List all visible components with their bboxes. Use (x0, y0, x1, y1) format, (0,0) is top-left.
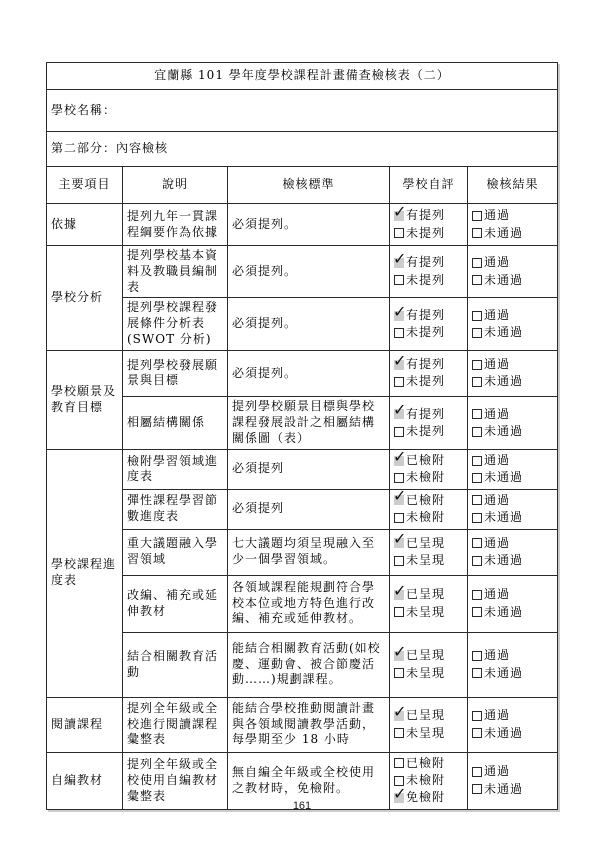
result-cell-label: 未通過 (484, 781, 523, 798)
checkbox-unchecked-icon (394, 473, 404, 483)
result-cell-option: 未通過 (472, 509, 553, 526)
result-cell-option: 通過 (472, 707, 553, 724)
self-eval-cell-label: 有提列 (406, 406, 445, 423)
self-eval-cell-option: 已呈現 (394, 707, 463, 724)
table-row: 改編、補充或延伸教材各領域課程能規劃符合學校本位或地方特色進行改編、補充或延伸教… (47, 575, 558, 632)
result-cell-label: 通過 (484, 763, 510, 780)
self-eval-cell-label: 未檢附 (406, 509, 445, 526)
checkbox-unchecked-icon (394, 377, 404, 387)
self-eval-cell-option: 已檢附 (394, 755, 463, 772)
result-cell-label: 通過 (484, 452, 510, 469)
table-row: 學校課程進度表檢附學習領域進度表必須提列已檢附未檢附通過未通過 (47, 449, 558, 489)
title-row: 宜蘭縣 101 學年度學校課程計畫備查檢核表（二） (47, 63, 558, 90)
standard-cell: 必須提列 (228, 449, 390, 489)
self-eval-cell-label: 未提列 (406, 423, 445, 440)
self-eval-cell-label: 已檢附 (406, 452, 445, 469)
result-cell-option: 未通過 (472, 272, 553, 289)
table-row: 學校分析提列學校基本資料及教職員編制表必須提列。有提列未提列通過未通過 (47, 246, 558, 298)
self-eval-cell-label: 未呈現 (406, 604, 445, 621)
checkbox-unchecked-icon (394, 607, 404, 617)
description-cell: 相屬結構關係 (123, 396, 228, 449)
result-cell-option: 通過 (472, 207, 553, 224)
result-cell-label: 未通過 (484, 272, 523, 289)
section-label: 第二部分：內容檢核 (47, 132, 558, 167)
result-cell-label: 通過 (484, 586, 510, 603)
checkbox-unchecked-icon (394, 728, 404, 738)
category-cell: 學校分析 (47, 246, 123, 351)
self-eval-cell-option: 未提列 (394, 373, 463, 390)
result-cell: 通過未通過 (468, 575, 558, 632)
description-cell: 彈性課程學習節數進度表 (123, 489, 228, 529)
table-row: 依據提列九年一貫課程綱要作為依據必須提列。有提列未提列通過未通過 (47, 204, 558, 246)
column-header-result: 檢核結果 (468, 167, 558, 204)
result-cell-label: 通過 (484, 254, 510, 271)
checkbox-unchecked-icon (472, 651, 482, 661)
result-cell-label: 未通過 (484, 604, 523, 621)
self-eval-cell: 有提列未提列 (390, 246, 468, 298)
self-eval-cell-option: 已檢附 (394, 492, 463, 509)
standard-cell: 必須提列 (228, 489, 390, 529)
self-eval-cell-option: 未檢附 (394, 469, 463, 486)
description-cell: 提列學校發展願景與目標 (123, 350, 228, 396)
result-cell-label: 通過 (484, 707, 510, 724)
result-cell-option: 未通過 (472, 604, 553, 621)
checkbox-unchecked-icon (472, 668, 482, 678)
result-cell: 通過未通過 (468, 298, 558, 350)
self-eval-cell-label: 已檢附 (406, 755, 445, 772)
self-eval-cell-option: 有提列 (394, 356, 463, 373)
result-cell-option: 未通過 (472, 225, 553, 242)
result-cell-option: 通過 (472, 763, 553, 780)
self-eval-cell-label: 未呈現 (406, 665, 445, 682)
checkbox-unchecked-icon (472, 495, 482, 505)
self-eval-cell-label: 有提列 (406, 254, 445, 271)
result-cell: 通過未通過 (468, 350, 558, 396)
self-eval-cell-label: 未提列 (406, 272, 445, 289)
self-eval-cell-option: 已呈現 (394, 535, 463, 552)
result-cell-option: 通過 (472, 356, 553, 373)
checkbox-unchecked-icon (472, 427, 482, 437)
category-cell: 學校課程進度表 (47, 449, 123, 697)
checkbox-unchecked-icon (472, 456, 482, 466)
description-cell: 重大議題融入學習領域 (123, 529, 228, 575)
self-eval-cell-label: 未提列 (406, 373, 445, 390)
result-cell-option: 通過 (472, 586, 553, 603)
result-cell: 通過未通過 (468, 396, 558, 449)
result-cell-option: 未通過 (472, 665, 553, 682)
self-eval-cell-label: 未提列 (406, 225, 445, 242)
self-eval-cell-option: 已檢附 (394, 452, 463, 469)
result-cell: 通過未通過 (468, 204, 558, 246)
standard-cell: 提列學校願景目標與學校課程發展設計之相屬結構關係圖（表） (228, 396, 390, 449)
checkbox-checked-icon (394, 360, 404, 370)
checkbox-unchecked-icon (472, 711, 482, 721)
result-cell-option: 通過 (472, 452, 553, 469)
result-cell-option: 未通過 (472, 781, 553, 798)
checkbox-unchecked-icon (394, 513, 404, 523)
checkbox-unchecked-icon (472, 538, 482, 548)
checkbox-unchecked-icon (394, 556, 404, 566)
result-cell: 通過未通過 (468, 529, 558, 575)
category-cell: 閱讀課程 (47, 697, 123, 752)
result-cell-label: 通過 (484, 535, 510, 552)
table-row: 結合相關教育活動能結合相關教育活動(如校慶、運動會、被合節慶活動……)規劃課程。… (47, 632, 558, 697)
self-eval-cell-option: 有提列 (394, 307, 463, 324)
checkbox-checked-icon (394, 590, 404, 600)
self-eval-cell: 已檢附未檢附 (390, 449, 468, 489)
result-cell: 通過未通過 (468, 697, 558, 752)
checkbox-unchecked-icon (472, 258, 482, 268)
self-eval-cell-option: 未提列 (394, 423, 463, 440)
checkbox-unchecked-icon (472, 728, 482, 738)
checkbox-unchecked-icon (394, 228, 404, 238)
checkbox-unchecked-icon (472, 328, 482, 338)
checkbox-checked-icon (394, 495, 404, 505)
description-cell: 檢附學習領域進度表 (123, 449, 228, 489)
result-cell-option: 未通過 (472, 469, 553, 486)
checkbox-unchecked-icon (394, 758, 404, 768)
standard-cell: 必須提列。 (228, 298, 390, 350)
description-cell: 改編、補充或延伸教材 (123, 575, 228, 632)
page-title: 宜蘭縣 101 學年度學校課程計畫備查檢核表（二） (47, 63, 558, 90)
standard-cell: 七大議題均須呈現融入至少一個學習領域。 (228, 529, 390, 575)
self-eval-cell-option: 已呈現 (394, 586, 463, 603)
self-eval-cell: 已呈現未呈現 (390, 575, 468, 632)
result-cell-option: 通過 (472, 406, 553, 423)
column-header-self-eval: 學校自評 (390, 167, 468, 204)
checkbox-unchecked-icon (472, 513, 482, 523)
table-row: 學校願景及教育目標提列學校發展願景與目標必須提列。有提列未提列通過未通過 (47, 350, 558, 396)
self-eval-cell: 已呈現未呈現 (390, 632, 468, 697)
checkbox-unchecked-icon (472, 360, 482, 370)
self-eval-cell: 有提列未提列 (390, 350, 468, 396)
standard-cell: 必須提列。 (228, 350, 390, 396)
checkbox-checked-icon (394, 311, 404, 321)
self-eval-cell-option: 有提列 (394, 207, 463, 224)
self-eval-cell-option: 未提列 (394, 225, 463, 242)
result-cell-label: 通過 (484, 647, 510, 664)
standard-cell: 能結合相關教育活動(如校慶、運動會、被合節慶活動……)規劃課程。 (228, 632, 390, 697)
checkbox-checked-icon (394, 651, 404, 661)
checkbox-unchecked-icon (472, 473, 482, 483)
checkbox-unchecked-icon (472, 607, 482, 617)
result-cell-label: 未通過 (484, 225, 523, 242)
self-eval-cell: 已呈現未呈現 (390, 697, 468, 752)
table-header-row: 主要項目 說明 檢核標準 學校自評 檢核結果 (47, 167, 558, 204)
self-eval-cell-label: 有提列 (406, 307, 445, 324)
self-eval-cell-label: 已呈現 (406, 707, 445, 724)
table-row: 閱讀課程提列全年級或全校進行閱讀課程彙整表能結合學校推動閱讀計畫與各領域閱讀教學… (47, 697, 558, 752)
result-cell-option: 未通過 (472, 552, 553, 569)
standard-cell: 各領域課程能規劃符合學校本位或地方特色進行改編、補充或延伸教材。 (228, 575, 390, 632)
column-header-standard: 檢核標準 (228, 167, 390, 204)
category-cell: 學校願景及教育目標 (47, 350, 123, 449)
self-eval-cell-option: 有提列 (394, 254, 463, 271)
self-eval-cell-option: 未提列 (394, 272, 463, 289)
page-number: 161 (0, 800, 604, 812)
main-table: 宜蘭縣 101 學年度學校課程計畫備查檢核表（二） 學校名稱： 第二部分：內容檢… (46, 62, 558, 810)
result-cell-label: 未通過 (484, 423, 523, 440)
checkbox-checked-icon (394, 409, 404, 419)
result-cell-label: 未通過 (484, 665, 523, 682)
table-row: 彈性課程學習節數進度表必須提列已檢附未檢附通過未通過 (47, 489, 558, 529)
column-header-description: 說明 (123, 167, 228, 204)
result-cell-label: 通過 (484, 307, 510, 324)
description-cell: 提列全年級或全校進行閱讀課程彙整表 (123, 697, 228, 752)
category-cell: 依據 (47, 204, 123, 246)
self-eval-cell-option: 有提列 (394, 406, 463, 423)
result-cell-label: 未通過 (484, 373, 523, 390)
self-eval-cell-option: 已呈現 (394, 647, 463, 664)
checkbox-checked-icon (394, 538, 404, 548)
checkbox-unchecked-icon (394, 668, 404, 678)
self-eval-cell-label: 已呈現 (406, 535, 445, 552)
checkbox-unchecked-icon (394, 328, 404, 338)
result-cell-label: 通過 (484, 406, 510, 423)
self-eval-cell: 已呈現未呈現 (390, 529, 468, 575)
description-cell: 結合相關教育活動 (123, 632, 228, 697)
result-cell-option: 通過 (472, 307, 553, 324)
section-row: 第二部分：內容檢核 (47, 132, 558, 167)
result-cell-label: 未通過 (484, 469, 523, 486)
table-row: 相屬結構關係提列學校願景目標與學校課程發展設計之相屬結構關係圖（表）有提列未提列… (47, 396, 558, 449)
result-cell-label: 通過 (484, 356, 510, 373)
checkbox-unchecked-icon (472, 409, 482, 419)
result-cell-option: 通過 (472, 535, 553, 552)
description-cell: 提列學校基本資料及教職員編制表 (123, 246, 228, 298)
self-eval-cell-option: 未呈現 (394, 604, 463, 621)
result-cell-option: 通過 (472, 492, 553, 509)
checkbox-unchecked-icon (472, 556, 482, 566)
school-name-label: 學校名稱： (47, 90, 558, 132)
self-eval-cell: 有提列未提列 (390, 298, 468, 350)
checkbox-unchecked-icon (472, 275, 482, 285)
description-cell: 提列學校課程發展條件分析表(SWOT 分析) (123, 298, 228, 350)
document-page: 宜蘭縣 101 學年度學校課程計畫備查檢核表（二） 學校名稱： 第二部分：內容檢… (46, 62, 557, 810)
table-row: 重大議題融入學習領域七大議題均須呈現融入至少一個學習領域。已呈現未呈現通過未通過 (47, 529, 558, 575)
result-cell: 通過未通過 (468, 489, 558, 529)
self-eval-cell-label: 未呈現 (406, 725, 445, 742)
result-cell-label: 未通過 (484, 725, 523, 742)
checkbox-unchecked-icon (394, 275, 404, 285)
result-cell-option: 未通過 (472, 373, 553, 390)
self-eval-cell-option: 未檢附 (394, 509, 463, 526)
checkbox-unchecked-icon (472, 311, 482, 321)
result-cell-label: 未通過 (484, 324, 523, 341)
self-eval-cell-option: 未呈現 (394, 552, 463, 569)
checkbox-unchecked-icon (472, 211, 482, 221)
result-cell-label: 通過 (484, 207, 510, 224)
self-eval-cell-label: 未檢附 (406, 772, 445, 789)
result-cell-option: 未通過 (472, 423, 553, 440)
checkbox-unchecked-icon (472, 228, 482, 238)
result-cell-label: 未通過 (484, 552, 523, 569)
self-eval-cell-label: 未檢附 (406, 469, 445, 486)
self-eval-cell-option: 未呈現 (394, 725, 463, 742)
self-eval-cell-label: 已呈現 (406, 647, 445, 664)
result-cell-option: 通過 (472, 254, 553, 271)
checkbox-unchecked-icon (472, 767, 482, 777)
result-cell: 通過未通過 (468, 632, 558, 697)
checkbox-unchecked-icon (472, 590, 482, 600)
self-eval-cell: 有提列未提列 (390, 396, 468, 449)
checkbox-unchecked-icon (472, 377, 482, 387)
self-eval-cell-label: 已檢附 (406, 492, 445, 509)
table-row: 提列學校課程發展條件分析表(SWOT 分析)必須提列。有提列未提列通過未通過 (47, 298, 558, 350)
self-eval-cell-label: 有提列 (406, 207, 445, 224)
checkbox-checked-icon (394, 258, 404, 268)
description-cell: 提列九年一貫課程綱要作為依據 (123, 204, 228, 246)
self-eval-cell: 有提列未提列 (390, 204, 468, 246)
self-eval-cell-option: 未提列 (394, 324, 463, 341)
checkbox-unchecked-icon (394, 427, 404, 437)
self-eval-cell-option: 未呈現 (394, 665, 463, 682)
result-cell-label: 通過 (484, 492, 510, 509)
self-eval-cell-label: 有提列 (406, 356, 445, 373)
school-name-row: 學校名稱： (47, 90, 558, 132)
standard-cell: 必須提列。 (228, 204, 390, 246)
checkbox-unchecked-icon (472, 784, 482, 794)
result-cell-option: 通過 (472, 647, 553, 664)
result-cell-option: 未通過 (472, 725, 553, 742)
self-eval-cell-label: 未提列 (406, 324, 445, 341)
checkbox-checked-icon (394, 456, 404, 466)
result-cell-option: 未通過 (472, 324, 553, 341)
self-eval-cell-label: 未呈現 (406, 552, 445, 569)
column-header-main-item: 主要項目 (47, 167, 123, 204)
self-eval-cell-label: 已呈現 (406, 586, 445, 603)
self-eval-cell: 已檢附未檢附 (390, 489, 468, 529)
result-cell: 通過未通過 (468, 449, 558, 489)
checkbox-checked-icon (394, 211, 404, 221)
result-cell-label: 未通過 (484, 509, 523, 526)
checkbox-checked-icon (394, 711, 404, 721)
result-cell: 通過未通過 (468, 246, 558, 298)
standard-cell: 必須提列。 (228, 246, 390, 298)
standard-cell: 能結合學校推動閱讀計畫與各領域閱讀教學活動，每學期至少 18 小時 (228, 697, 390, 752)
